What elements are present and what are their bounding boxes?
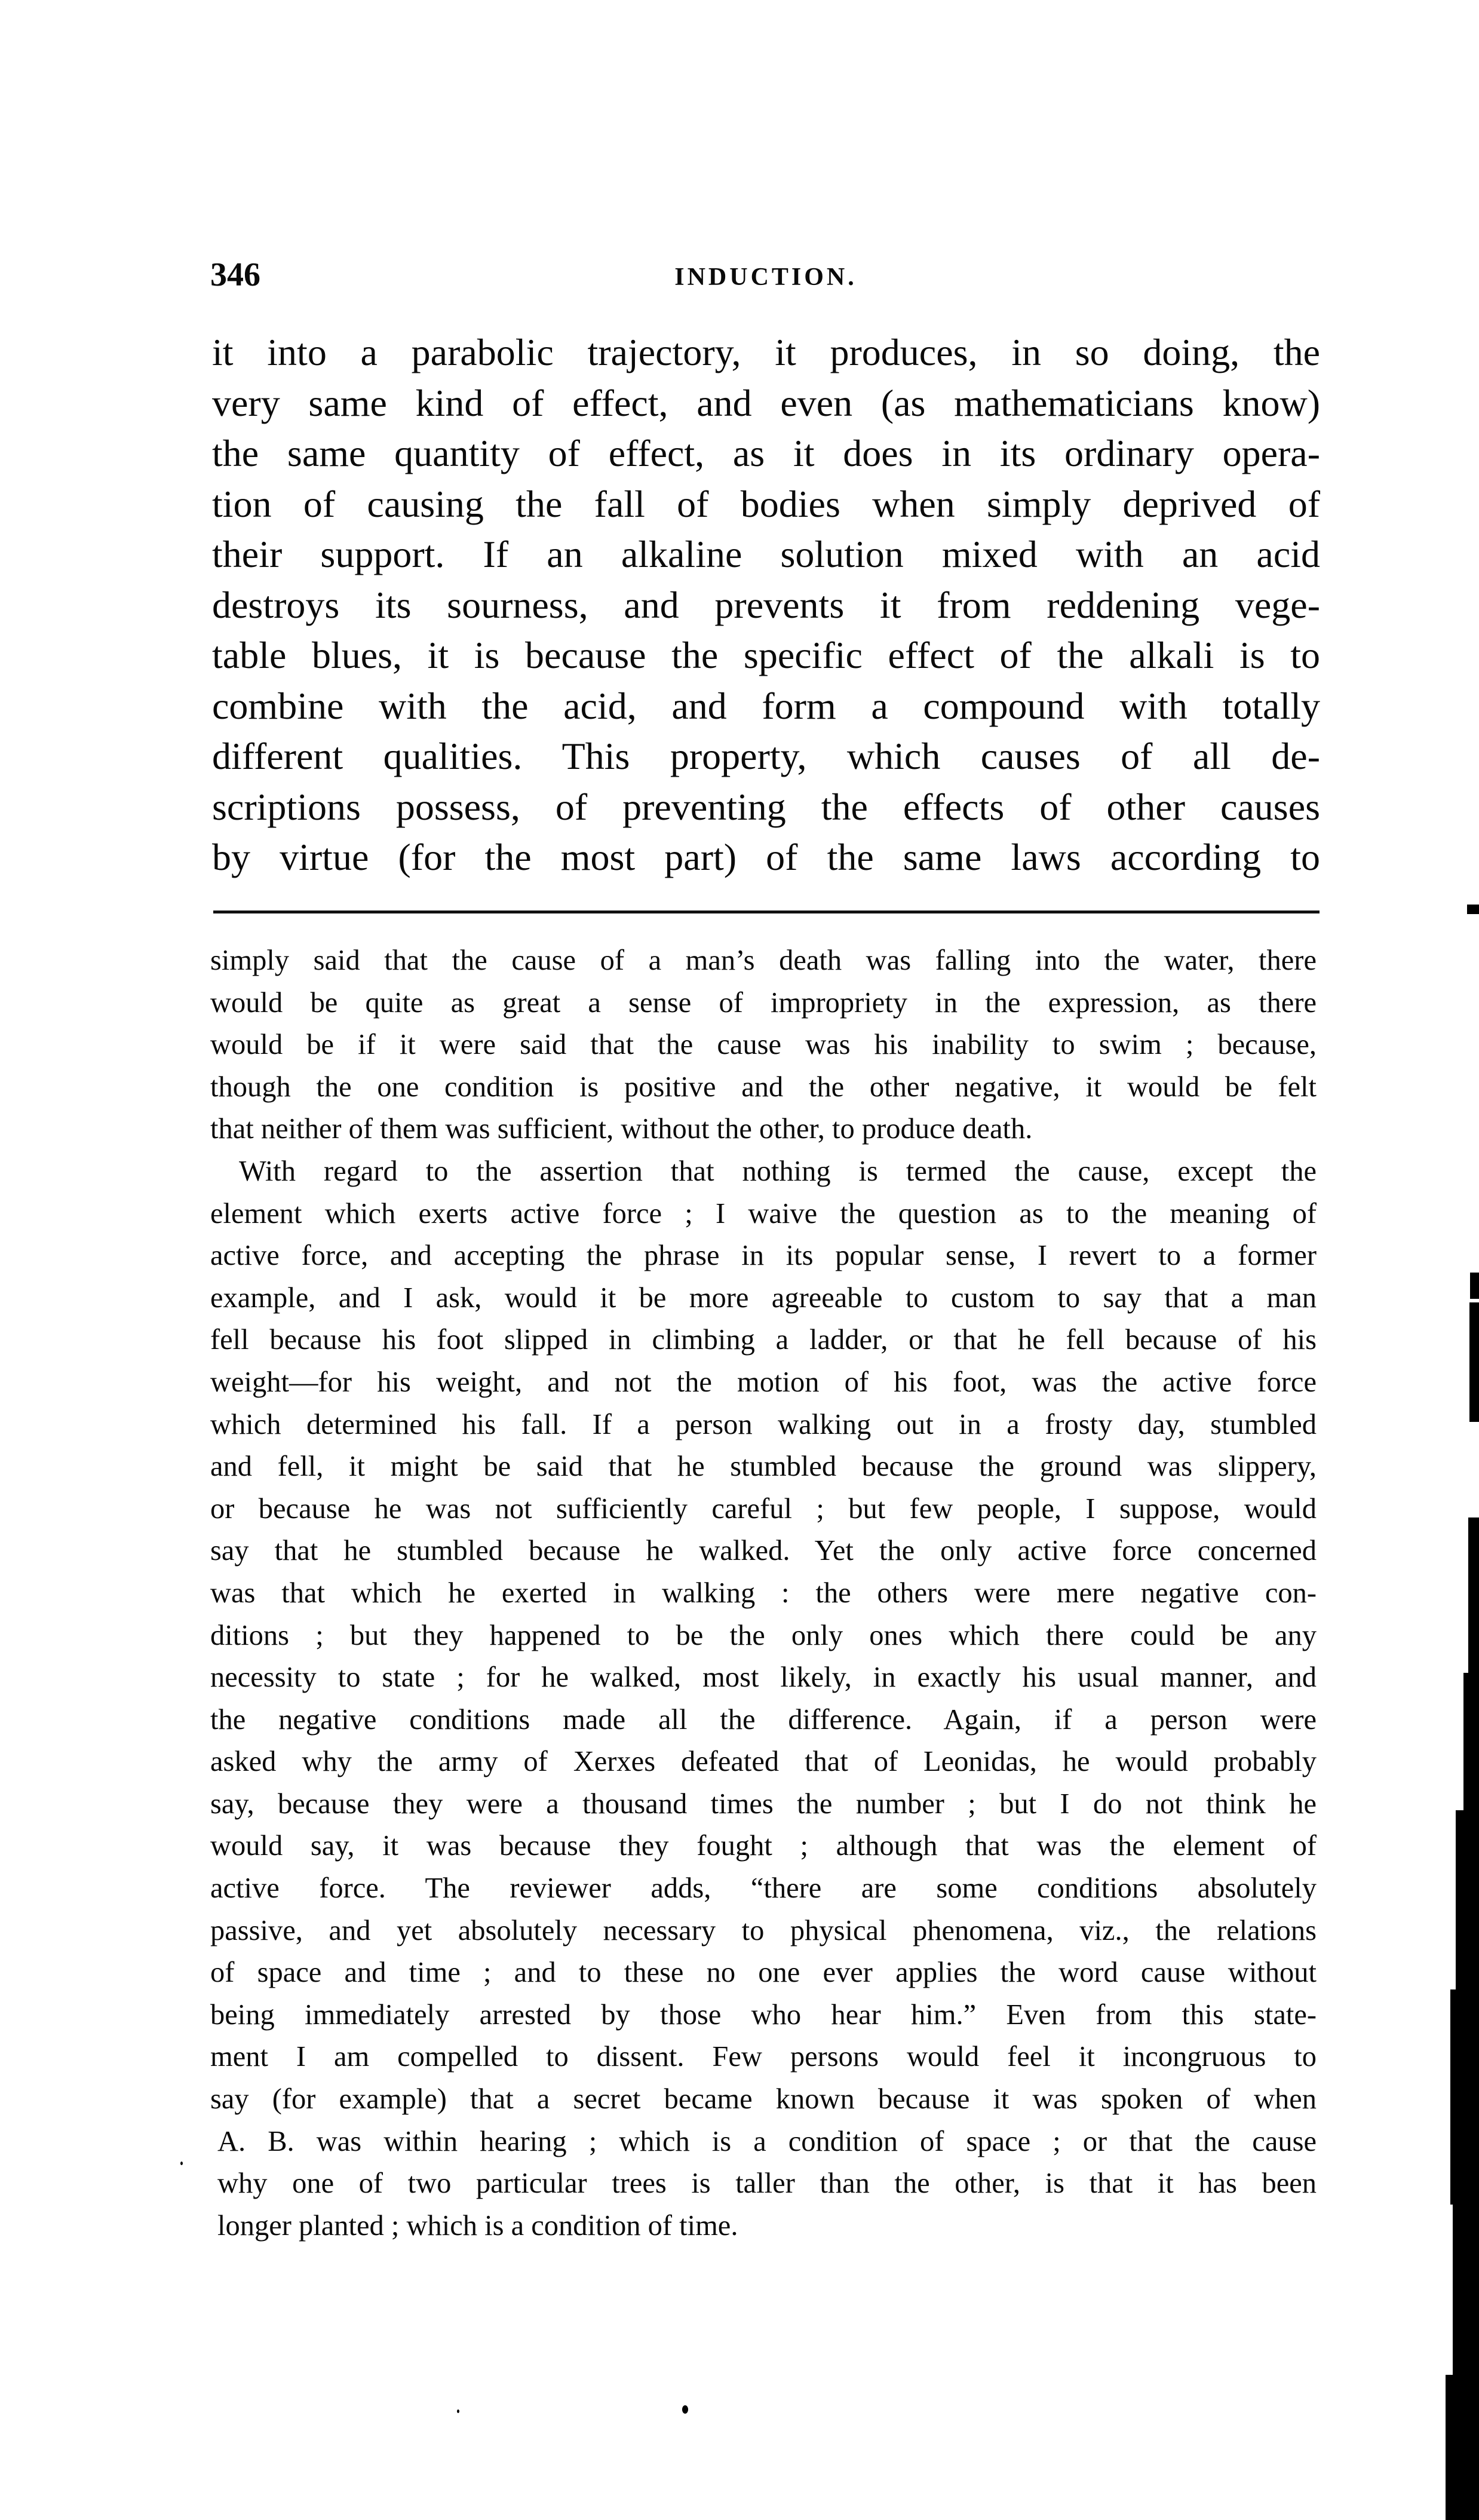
footnote-line: say (for example) that a secret became k… bbox=[210, 2078, 1317, 2121]
footnote-line: would say, it was because they fought ; … bbox=[210, 1825, 1317, 1868]
footnote-line: longer planted ; which is a condition of… bbox=[210, 2205, 1317, 2248]
footnote-line: ditions ; but they happened to be the on… bbox=[210, 1615, 1317, 1657]
scan-edge-mark bbox=[1453, 2205, 1479, 2378]
scan-edge-mark bbox=[1446, 2375, 1479, 2520]
text-line: scriptions possess, of preventing the ef… bbox=[212, 782, 1320, 833]
scan-edge-mark bbox=[1470, 1273, 1479, 1299]
scan-edge-mark bbox=[1450, 1989, 1479, 2205]
footnote-line: of space and time ; and to these no one … bbox=[210, 1952, 1317, 1994]
text-line: combine with the acid, and form a compou… bbox=[212, 681, 1320, 732]
footnote-line: necessity to state ; for he walked, most… bbox=[210, 1657, 1317, 1699]
footnote-divider-rule bbox=[213, 910, 1320, 913]
scan-speck bbox=[180, 2162, 183, 2165]
text-line: by virtue (for the most part) of the sam… bbox=[212, 832, 1320, 883]
footnote-line: A. B. was within hearing ; which is a co… bbox=[210, 2121, 1317, 2163]
text-line: table blues, it is because the specific … bbox=[212, 630, 1320, 681]
footnote-line: and fell, it might be said that he stumb… bbox=[210, 1446, 1317, 1488]
footnote-line: weight—for his weight, and not the motio… bbox=[210, 1362, 1317, 1404]
footnote-line: ment I am compelled to dissent. Few pers… bbox=[210, 2036, 1317, 2078]
footnote-line: the negative conditions made all the dif… bbox=[210, 1699, 1317, 1742]
footnote-line: though the one condition is positive and… bbox=[210, 1066, 1317, 1109]
footnote-line: simply said that the cause of a man’s de… bbox=[210, 940, 1317, 982]
footnote-line: example, and I ask, would it be more agr… bbox=[210, 1277, 1317, 1320]
scan-edge-mark bbox=[1456, 1810, 1479, 1989]
footnote-line: say that he stumbled because he walked. … bbox=[210, 1530, 1317, 1572]
book-page: 346 INDUCTION. it into a parabolic traje… bbox=[0, 0, 1479, 2520]
text-line: different qualities. This property, whic… bbox=[212, 731, 1320, 782]
footnote-line: or because he was not sufficiently caref… bbox=[210, 1488, 1317, 1531]
scan-speck bbox=[457, 2409, 459, 2413]
footnote-line: which determined his fall. If a person w… bbox=[210, 1404, 1317, 1446]
text-line: their support. If an alkaline solution m… bbox=[212, 529, 1320, 580]
scan-edge-mark bbox=[1463, 1673, 1479, 1810]
footnote-line: asked why the army of Xerxes defeated th… bbox=[210, 1741, 1317, 1783]
footnote-paragraph-start: With regard to the assertion that nothin… bbox=[210, 1151, 1317, 1193]
footnote-line: say, because they were a thousand times … bbox=[210, 1783, 1317, 1826]
main-text-block: it into a parabolic trajectory, it produ… bbox=[212, 327, 1320, 883]
scan-speck bbox=[682, 2405, 688, 2414]
footnote-line: was that which he exerted in walking : t… bbox=[210, 1572, 1317, 1615]
footnote-line: element which exerts active force ; I wa… bbox=[210, 1193, 1317, 1236]
text-line: it into a parabolic trajectory, it produ… bbox=[212, 327, 1320, 378]
text-line: very same kind of effect, and even (as m… bbox=[212, 378, 1320, 429]
running-head: 346 INDUCTION. bbox=[210, 251, 1321, 299]
scan-edge-mark bbox=[1467, 905, 1479, 914]
footnote-line: would be quite as great a sense of impro… bbox=[210, 982, 1317, 1025]
footnote-block: simply said that the cause of a man’s de… bbox=[210, 940, 1317, 2247]
scan-edge-mark bbox=[1469, 1302, 1479, 1422]
footnote-line: fell because his foot slipped in climbin… bbox=[210, 1319, 1317, 1362]
scan-edge-mark bbox=[1468, 1517, 1479, 1673]
text-line: tion of causing the fall of bodies when … bbox=[212, 479, 1320, 530]
footnote-line: that neither of them was sufficient, wit… bbox=[210, 1108, 1317, 1151]
footnote-line: why one of two particular trees is talle… bbox=[210, 2163, 1317, 2205]
footnote-line: active force, and accepting the phrase i… bbox=[210, 1235, 1317, 1277]
footnote-line: active force. The reviewer adds, “there … bbox=[210, 1868, 1317, 1910]
footnote-line: being immediately arrested by those who … bbox=[210, 1994, 1317, 2037]
footnote-line: would be if it were said that the cause … bbox=[210, 1024, 1317, 1066]
footnote-line: passive, and yet absolutely necessary to… bbox=[210, 1910, 1317, 1952]
running-title: INDUCTION. bbox=[210, 253, 1321, 301]
text-line: destroys its sourness, and prevents it f… bbox=[212, 580, 1320, 631]
text-line: the same quantity of effect, as it does … bbox=[212, 428, 1320, 479]
